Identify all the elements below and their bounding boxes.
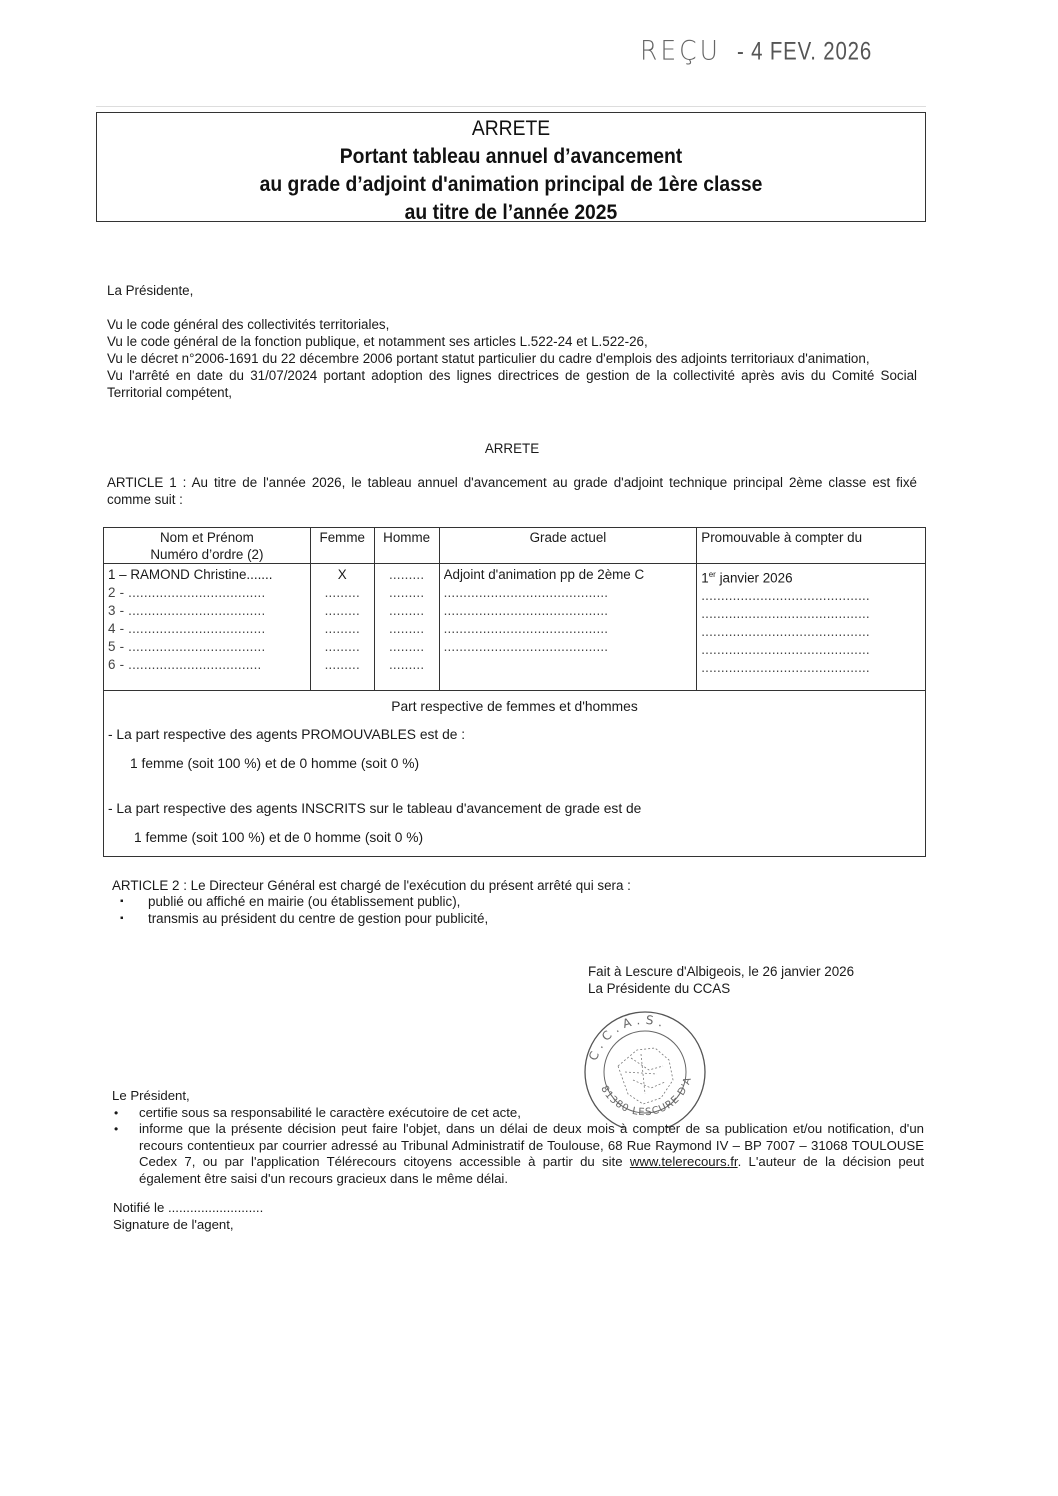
table-row-grade: ........................................…	[444, 602, 697, 620]
article-1-text: Au titre de l'année 2026, le tableau ann…	[107, 475, 917, 507]
advancement-table: Nom et Prénom Numéro d’ordre (2) Femme H…	[103, 527, 926, 691]
list-item: certifie sous sa responsabilité le carac…	[112, 1105, 924, 1122]
agent-signature: Signature de l'agent,	[113, 1217, 263, 1234]
list-item: publié ou affiché en mairie (ou établiss…	[112, 894, 732, 911]
summary-heading: Part respective de femmes et d'hommes	[104, 699, 925, 714]
table-row-name: 1 – RAMOND Christine.......	[108, 566, 310, 584]
received-stamp-date: - 4 FEV. 2026	[737, 37, 872, 66]
promotable-day: 1	[701, 570, 708, 585]
header-male: Homme	[374, 528, 439, 564]
opening-line: La Présidente,	[107, 282, 193, 299]
table-row-name: 4 - ...................................	[108, 620, 310, 638]
header-name-label: Nom et Prénom	[104, 529, 310, 546]
article-2-text: Le Directeur Général est chargé de l'exé…	[187, 878, 631, 893]
table-row-female: .........	[311, 620, 374, 638]
registered-share-label: - La part respective des agents INSCRITS…	[108, 801, 641, 816]
article-1-label: ARTICLE 1 :	[107, 475, 186, 490]
considerations: Vu le code général des collectivités ter…	[107, 316, 917, 401]
divider	[96, 106, 926, 107]
names-column: 1 – RAMOND Christine....... 2 - ........…	[104, 564, 311, 691]
title-line-1: ARRETE	[130, 115, 892, 143]
table-row-name: 6 - ..................................	[108, 656, 310, 674]
registered-share-value: 1 femme (soit 100 %) et de 0 homme (soit…	[134, 830, 423, 845]
table-row-grade: ........................................…	[444, 620, 697, 638]
consideration-1: Vu le code général des collectivités ter…	[107, 316, 917, 333]
table-row-grade: ........................................…	[444, 584, 697, 602]
promotable-rest: janvier 2026	[716, 570, 793, 585]
article-2-label: ARTICLE 2 :	[112, 878, 187, 893]
male-column: ......... ......... ......... ......... …	[374, 564, 439, 691]
svg-text:C.C.A.S.: C.C.A.S.	[586, 1013, 670, 1063]
table-row-male: .........	[375, 638, 439, 656]
table-row-female: .........	[311, 584, 374, 602]
consideration-4: Vu l'arrêté en date du 31/07/2024 portan…	[107, 367, 917, 401]
table-row-name: 5 - ...................................	[108, 638, 310, 656]
promotable-share-label: - La part respective des agents PROMOUVA…	[108, 727, 465, 742]
promotable-share-value: 1 femme (soit 100 %) et de 0 homme (soit…	[130, 756, 419, 771]
article-1: ARTICLE 1 : Au titre de l'année 2026, le…	[107, 474, 917, 508]
article-2-intro: ARTICLE 2 : Le Directeur Général est cha…	[112, 877, 732, 894]
header-name: Nom et Prénom Numéro d’ordre (2)	[104, 528, 311, 564]
table-row-promotable: 1er janvier 2026	[701, 566, 925, 587]
legal-notice: Le Président, certifie sous sa responsab…	[112, 1088, 924, 1187]
list-item: informe que la présente décision peut fa…	[112, 1121, 924, 1187]
table-row-male: .........	[375, 656, 439, 674]
table-row-name: 3 - ...................................	[108, 602, 310, 620]
document-title-box: ARRETE Portant tableau annuel d’avanceme…	[96, 112, 926, 222]
decree-heading: ARRETE	[0, 440, 1024, 457]
table-row-promotable: ........................................…	[701, 641, 925, 659]
title-line-4: au titre de l’année 2025	[130, 199, 892, 227]
legal-intro: Le Président,	[112, 1088, 924, 1105]
place-date: Fait à Lescure d'Albigeois, le 26 janvie…	[588, 963, 854, 980]
legal-list: certifie sous sa responsabilité le carac…	[112, 1105, 924, 1188]
table-row-name: 2 - ...................................	[108, 584, 310, 602]
gender-share-summary: Part respective de femmes et d'hommes - …	[103, 689, 926, 857]
table-row-grade: Adjoint d'animation pp de 2ème C	[444, 566, 697, 584]
consideration-3: Vu le décret n°2006-1691 du 22 décembre …	[107, 350, 917, 367]
header-promotable: Promouvable à compter du	[697, 528, 926, 564]
promotable-sup: er	[709, 570, 716, 579]
header-name-sublabel: Numéro d’ordre (2)	[104, 546, 310, 563]
female-column: X ......... ......... ......... ........…	[310, 564, 374, 691]
table-row-promotable: ........................................…	[701, 623, 925, 641]
article-2-list: publié ou affiché en mairie (ou établiss…	[112, 894, 732, 927]
table-body-row: 1 – RAMOND Christine....... 2 - ........…	[104, 564, 926, 691]
title-line-3: au grade d’adjoint d'animation principal…	[130, 171, 892, 199]
notification-block: Notifié le .......................... Si…	[113, 1200, 263, 1233]
table-row-promotable: ........................................…	[701, 605, 925, 623]
list-item: transmis au président du centre de gesti…	[112, 911, 732, 928]
table-row-male: .........	[375, 584, 439, 602]
header-grade: Grade actuel	[439, 528, 697, 564]
table-row-promotable: ........................................…	[701, 587, 925, 605]
table-row-female: .........	[311, 602, 374, 620]
received-stamp: REÇU - 4 FEV. 2026	[640, 35, 896, 67]
notified-date: Notifié le ..........................	[113, 1200, 263, 1217]
table-header-row: Nom et Prénom Numéro d’ordre (2) Femme H…	[104, 528, 926, 564]
grade-column: Adjoint d'animation pp de 2ème C .......…	[439, 564, 697, 691]
table-row-male: .........	[375, 620, 439, 638]
promotable-column: 1er janvier 2026 .......................…	[697, 564, 926, 691]
consideration-2: Vu le code général de la fonction publiq…	[107, 333, 917, 350]
header-female: Femme	[310, 528, 374, 564]
table-row-male: .........	[375, 566, 439, 584]
telerecours-link[interactable]: www.telerecours.fr	[630, 1154, 738, 1169]
article-2: ARTICLE 2 : Le Directeur Général est cha…	[112, 877, 732, 927]
signature-block: Fait à Lescure d'Albigeois, le 26 janvie…	[588, 963, 854, 997]
table-row-grade: ........................................…	[444, 638, 697, 656]
table-row-male: .........	[375, 602, 439, 620]
title-line-2: Portant tableau annuel d’avancement	[130, 143, 892, 171]
table-row-female: .........	[311, 638, 374, 656]
received-stamp-word: REÇU	[640, 35, 721, 65]
table-row-promotable: ........................................…	[701, 659, 925, 677]
signatory: La Présidente du CCAS	[588, 980, 854, 997]
table-row-female: X	[311, 566, 374, 584]
table-row-female: .........	[311, 656, 374, 674]
